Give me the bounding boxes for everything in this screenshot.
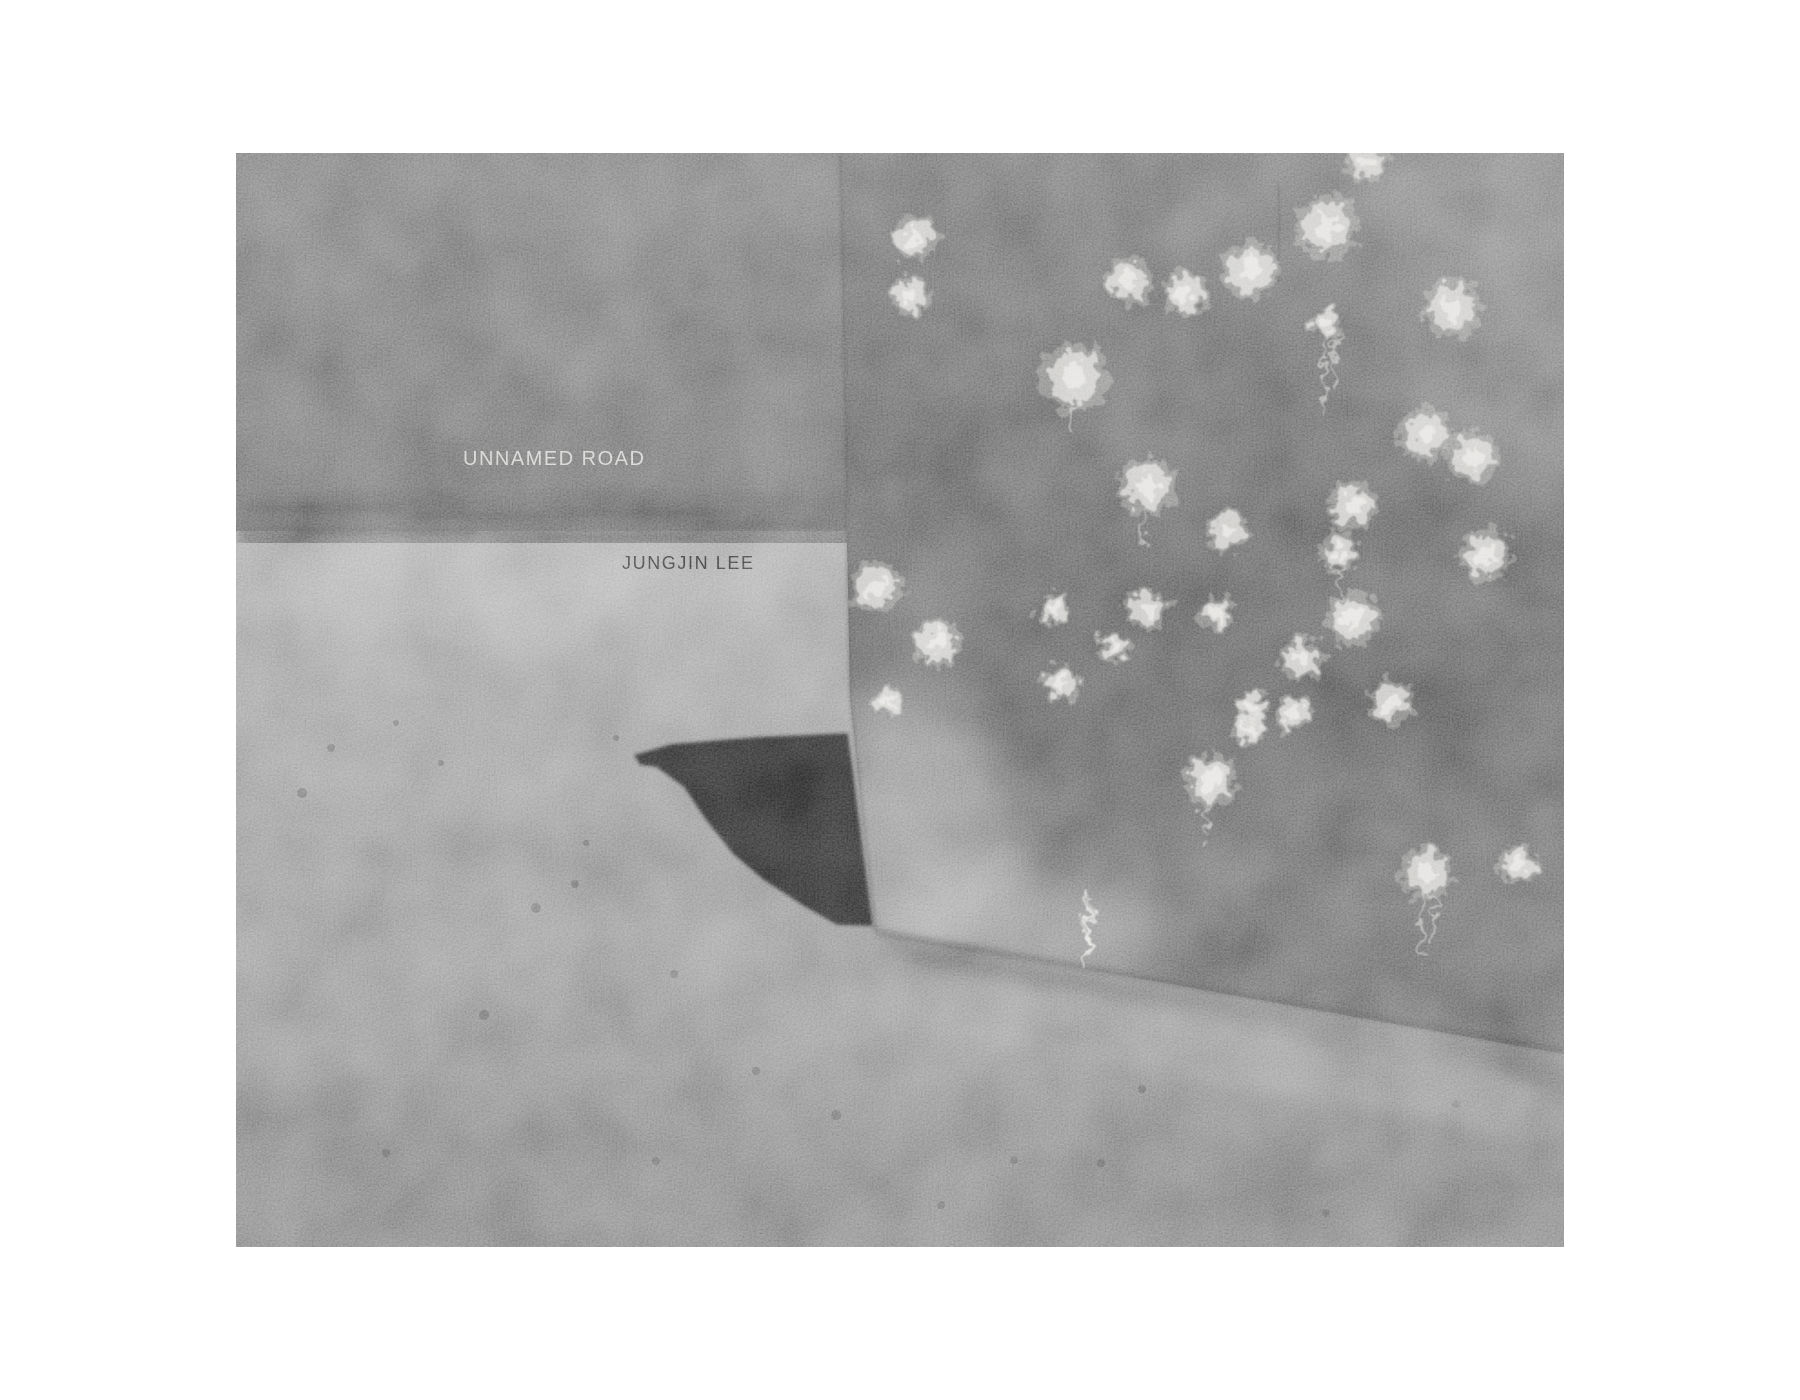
film-grain (236, 153, 1564, 1247)
cover-photo: UNNAMED ROAD JUNGJIN LEE (236, 153, 1564, 1247)
photo-artwork: UNNAMED ROAD JUNGJIN LEE (236, 153, 1564, 1247)
page-background: UNNAMED ROAD JUNGJIN LEE (0, 0, 1800, 1400)
